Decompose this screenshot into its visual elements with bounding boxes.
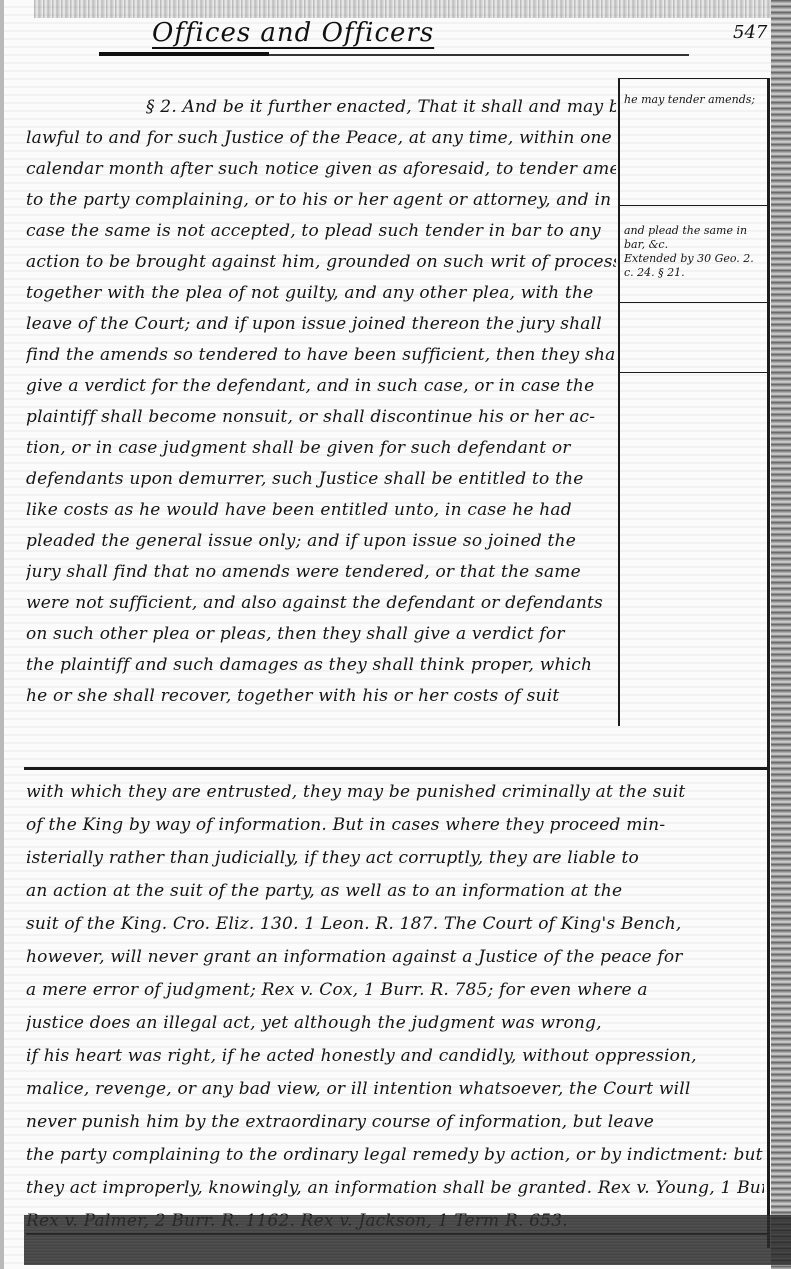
text-line: on such other plea or pleas, then they s… xyxy=(26,619,616,650)
page-title: Offices and Officers xyxy=(152,18,434,48)
margin-note-line: Extended by 30 Geo. 2. xyxy=(624,252,764,266)
text-line: the party complaining to the ordinary le… xyxy=(26,1139,764,1172)
margin-divider xyxy=(618,205,768,206)
scan-smudge-bottom xyxy=(24,1215,791,1265)
text-line: find the amends so tendered to have been… xyxy=(26,340,616,371)
text-line: pleaded the general issue only; and if u… xyxy=(26,526,616,557)
title-underline-thick xyxy=(99,52,269,56)
margin-note-tender-amends: he may tender amends; xyxy=(624,93,764,107)
text-line: however, will never grant an information… xyxy=(26,941,764,974)
margin-note-line: c. 24. § 21. xyxy=(624,266,764,280)
statute-text-block: § 2. And be it further enacted, That it … xyxy=(26,92,616,712)
text-line: to the party complaining, or to his or h… xyxy=(26,185,616,216)
text-line: leave of the Court; and if upon issue jo… xyxy=(26,309,616,340)
text-line: calendar month after such notice given a… xyxy=(26,154,616,185)
text-line: action to be brought against him, ground… xyxy=(26,247,616,278)
text-line: the plaintiff and such damages as they s… xyxy=(26,650,616,681)
margin-divider xyxy=(618,302,768,303)
margin-column-top-rule xyxy=(618,78,768,79)
text-line: they act improperly, knowingly, an infor… xyxy=(26,1172,764,1205)
margin-note-line: and plead the same in xyxy=(624,224,764,238)
text-line: case the same is not accepted, to plead … xyxy=(26,216,616,247)
commentary-text-block: with which they are entrusted, they may … xyxy=(26,776,764,1238)
manuscript-page: Offices and Officers 547 § 2. And be it … xyxy=(4,0,791,1269)
margin-column-right-rule xyxy=(767,78,770,1248)
text-line: defendants upon demurrer, such Justice s… xyxy=(26,464,616,495)
text-line: a mere error of judgment; Rex v. Cox, 1 … xyxy=(26,974,764,1007)
text-line: isterially rather than judicially, if th… xyxy=(26,842,764,875)
text-line: § 2. And be it further enacted, That it … xyxy=(26,92,616,123)
text-line: malice, revenge, or any bad view, or ill… xyxy=(26,1073,764,1106)
scan-noise-top xyxy=(34,0,791,18)
margin-column-left-rule xyxy=(618,78,620,726)
margin-note-plead-in-bar: and plead the same in bar, &c. Extended … xyxy=(624,224,764,280)
text-line: plaintiff shall become nonsuit, or shall… xyxy=(26,402,616,433)
text-line: if his heart was right, if he acted hone… xyxy=(26,1040,764,1073)
text-line: he or she shall recover, together with h… xyxy=(26,681,616,712)
text-line: tion, or in case judgment shall be given… xyxy=(26,433,616,464)
page-number: 547 xyxy=(733,22,767,43)
text-line: an action at the suit of the party, as w… xyxy=(26,875,764,908)
text-line: never punish him by the extraordinary co… xyxy=(26,1106,764,1139)
margin-note-line: bar, &c. xyxy=(624,238,764,252)
title-rule xyxy=(269,54,689,56)
text-line: lawful to and for such Justice of the Pe… xyxy=(26,123,616,154)
text-line: with which they are entrusted, they may … xyxy=(26,776,764,809)
margin-divider xyxy=(618,372,768,373)
text-line: jury shall find that no amends were tend… xyxy=(26,557,616,588)
text-line: of the King by way of information. But i… xyxy=(26,809,764,842)
text-line: like costs as he would have been entitle… xyxy=(26,495,616,526)
section-divider xyxy=(24,767,769,770)
text-line: together with the plea of not guilty, an… xyxy=(26,278,616,309)
text-line: give a verdict for the defendant, and in… xyxy=(26,371,616,402)
text-line: justice does an illegal act, yet althoug… xyxy=(26,1007,764,1040)
text-line: were not sufficient, and also against th… xyxy=(26,588,616,619)
scan-right-edge xyxy=(771,0,791,1269)
text-line: suit of the King. Cro. Eliz. 130. 1 Leon… xyxy=(26,908,764,941)
